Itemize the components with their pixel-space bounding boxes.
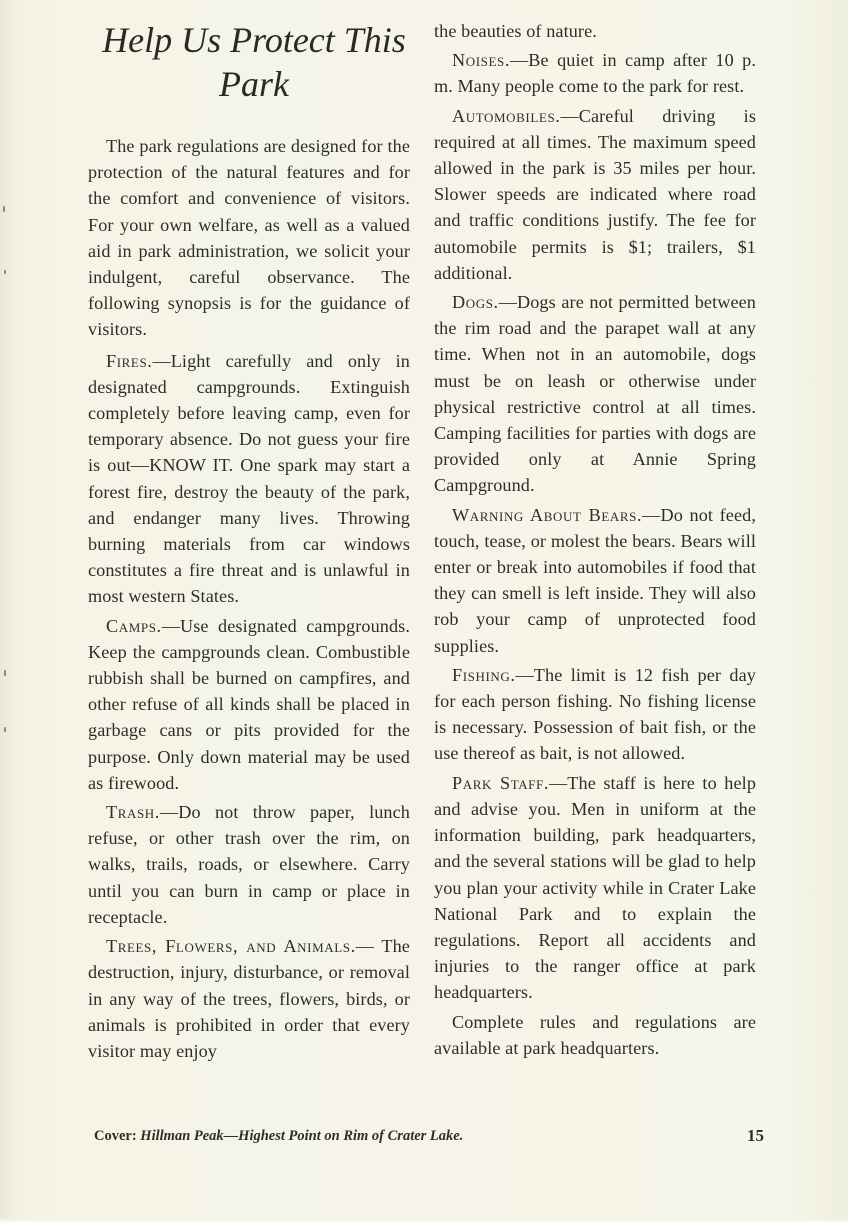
closing-paragraph: Complete rules and regulations are avail… bbox=[434, 1009, 756, 1061]
section-heading: Trees, Flowers, and Animals. bbox=[106, 936, 356, 956]
section-dogs: Dogs.—Dogs are not permitted between the… bbox=[434, 289, 756, 499]
scan-artifact bbox=[4, 270, 6, 274]
section-heading: Dogs. bbox=[452, 292, 499, 312]
section-park-staff: Park Staff.—The staff is here to help an… bbox=[434, 770, 756, 1006]
section-heading: Fires. bbox=[106, 351, 152, 371]
scan-artifact bbox=[3, 206, 5, 212]
section-text: —Light carefully and only in designated … bbox=[88, 351, 410, 607]
right-column-body: the beauties of nature. Noises.—Be quiet… bbox=[434, 0, 756, 1061]
scan-artifact bbox=[4, 727, 6, 732]
intro-paragraph: The park regulations are designed for th… bbox=[88, 133, 410, 345]
section-heading: Camps. bbox=[106, 616, 162, 636]
section-heading: Automobiles. bbox=[452, 106, 560, 126]
section-camps: Camps.—Use designated campgrounds. Keep … bbox=[88, 613, 410, 796]
section-heading: Trash. bbox=[106, 802, 160, 822]
section-trees-continuation: the beauties of nature. bbox=[434, 18, 756, 44]
right-column: the beauties of nature. Noises.—Be quiet… bbox=[434, 0, 756, 1064]
section-trash: Trash.—Do not throw paper, lunch refuse,… bbox=[88, 799, 410, 930]
section-heading: Warning About Bears. bbox=[452, 505, 642, 525]
left-column: Help Us Protect This Park The park regul… bbox=[88, 0, 410, 1067]
section-heading: Fishing. bbox=[452, 665, 516, 685]
scan-artifact bbox=[4, 670, 6, 676]
section-warning-about-bears: Warning About Bears.—Do not feed, touch,… bbox=[434, 502, 756, 659]
section-text: —Do not feed, touch, tease, or molest th… bbox=[434, 505, 756, 656]
left-column-body: The park regulations are designed for th… bbox=[88, 106, 410, 1064]
cover-caption-label: Cover: bbox=[94, 1128, 137, 1144]
section-fishing: Fishing.—The limit is 12 fish per day fo… bbox=[434, 662, 756, 767]
section-heading: Park Staff. bbox=[452, 773, 549, 793]
page-number: 15 bbox=[747, 1127, 764, 1145]
page-title: Help Us Protect This Park bbox=[84, 18, 424, 106]
document-page: Help Us Protect This Park The park regul… bbox=[0, 0, 848, 1229]
page-footer: Cover: Hillman Peak—Highest Point on Rim… bbox=[94, 1127, 764, 1145]
section-text: —Use designated campgrounds. Keep the ca… bbox=[88, 616, 410, 793]
section-text: —Dogs are not permitted between the rim … bbox=[434, 292, 756, 495]
section-noises: Noises.—Be quiet in camp after 10 p. m. … bbox=[434, 47, 756, 99]
section-trees-flowers-animals: Trees, Flowers, and Animals.— The destru… bbox=[88, 933, 410, 1064]
section-fires: Fires.—Light carefully and only in desig… bbox=[88, 348, 410, 610]
section-automobiles: Automobiles.—Careful driving is required… bbox=[434, 103, 756, 286]
cover-caption-text: Hillman Peak—Highest Point on Rim of Cra… bbox=[140, 1128, 463, 1144]
section-heading: Noises. bbox=[452, 50, 510, 70]
section-text: —The staff is here to help and advise yo… bbox=[434, 773, 756, 1003]
section-text: —Careful driving is required at all time… bbox=[434, 106, 756, 283]
